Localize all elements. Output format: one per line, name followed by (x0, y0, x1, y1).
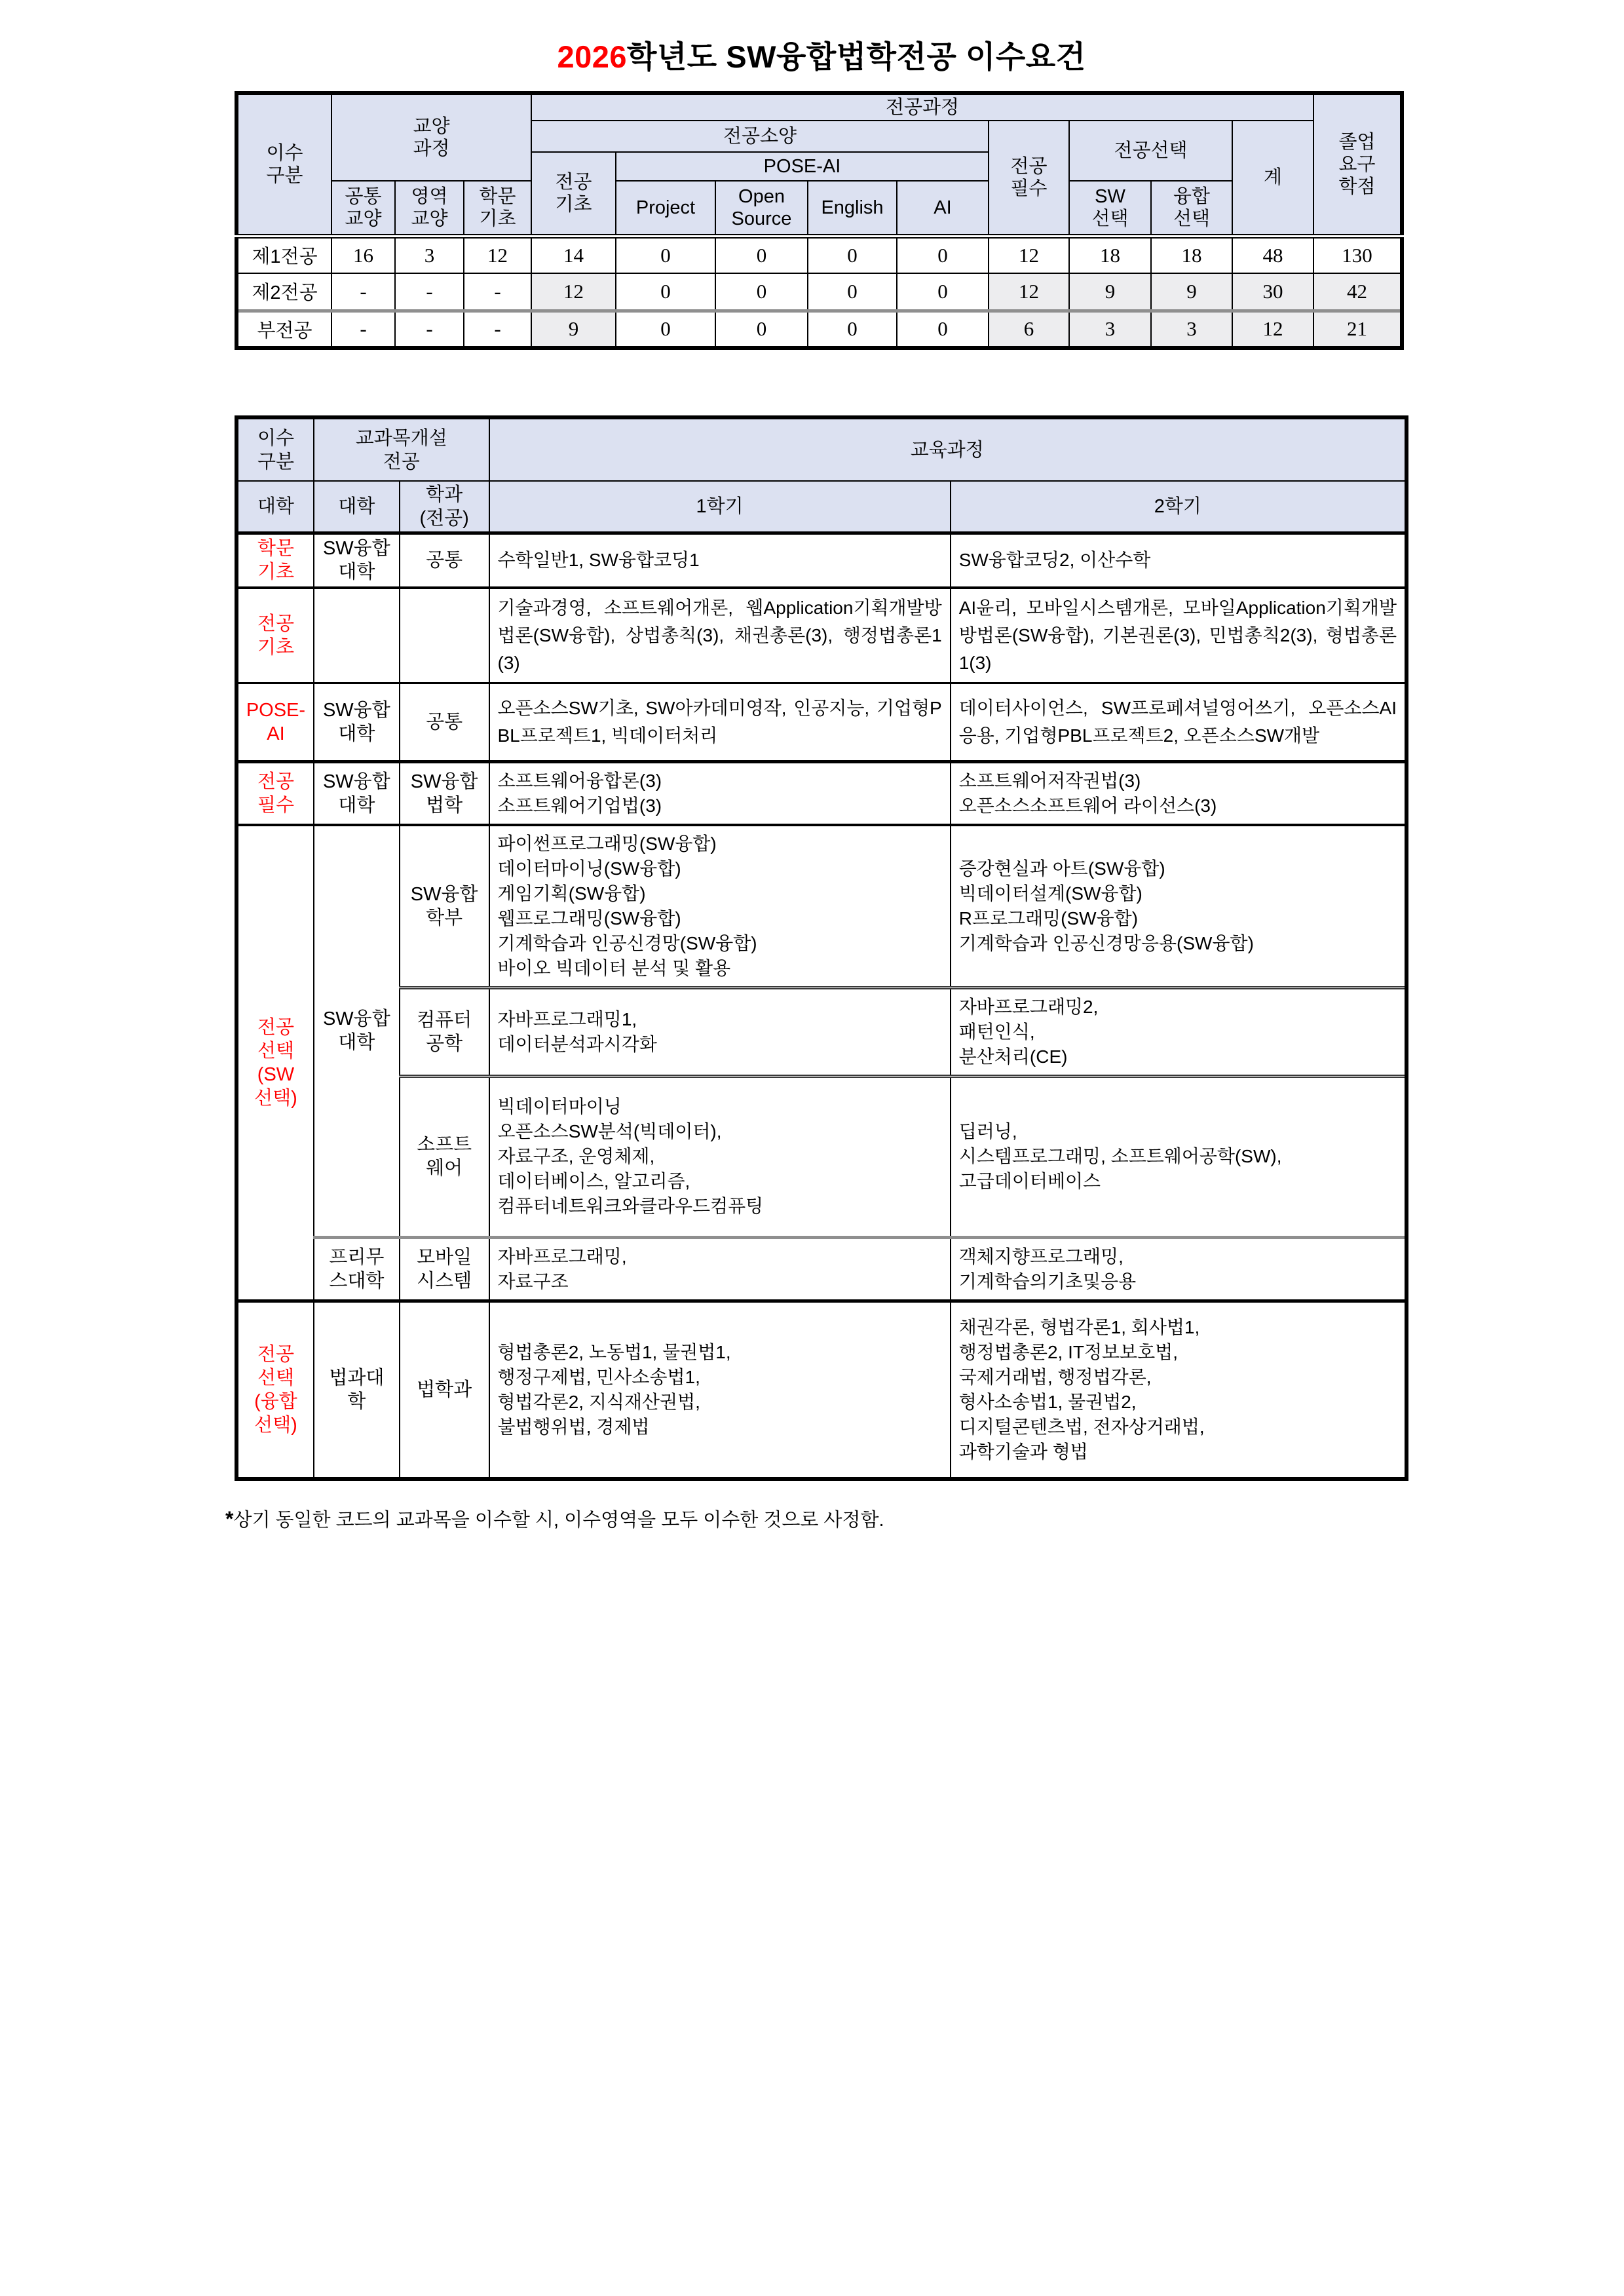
credit-cell: 12 (464, 236, 531, 273)
table-row-first-major: 제1전공 16 3 12 14 0 0 0 0 12 18 18 48 130 (236, 236, 1402, 273)
semester1-courses: 기술과경영, 소프트웨어개론, 웹Application기획개발방법론(SW융합… (489, 588, 951, 683)
t2-header-group: 이수 구분 (236, 417, 314, 481)
table-row-primus: 프리무 스대학 모바일 시스템 자바프로그래밍, 자료구조 객체지향프로그래밍,… (236, 1237, 1407, 1301)
credit-cell: - (464, 273, 531, 311)
table-row: 공통 교양 영역 교양 학문 기초 Project Open Source En… (236, 181, 1402, 236)
semester2-courses: 증강현실과 아트(SW융합) 빅데이터설계(SW융합) R프로그래밍(SW융합)… (951, 825, 1407, 988)
credit-cell: 3 (1151, 311, 1232, 348)
footnote-asterisk: * (225, 1507, 233, 1531)
semester1-courses: 소프트웨어융합론(3) 소프트웨어기업법(3) (489, 761, 951, 825)
t2-header-college: 대학 (314, 481, 400, 533)
dept-cell: 모바일 시스템 (400, 1237, 489, 1301)
table-row-minor: 부전공 - - - 9 0 0 0 0 6 3 3 12 21 (236, 311, 1402, 348)
table-row: 이수 구분 교과목개설 전공 교육과정 (236, 417, 1407, 481)
table-row: 대학 대학 학과 (전공) 1학기 2학기 (236, 481, 1407, 533)
credit-cell: 9 (1069, 273, 1151, 311)
table-row-computer-engineering: 컴퓨터 공학 자바프로그래밍1, 데이터분석과시각화 자바프로그래밍2, 패턴인… (236, 987, 1407, 1076)
college-cell: SW융합 대학 (314, 683, 400, 761)
semester2-courses: 객체지향프로그래밍, 기계학습의기초및응용 (951, 1237, 1407, 1301)
t1-header-sw-select: SW 선택 (1069, 181, 1151, 236)
t2-header-open-major: 교과목개설 전공 (314, 417, 489, 481)
t1-header-group: 이수 구분 (236, 93, 331, 236)
semester2-courses: 소프트웨어저작권법(3) 오픈소스소프트웨어 라이선스(3) (951, 761, 1407, 825)
college-cell: SW융합 대학 (314, 761, 400, 825)
credit-cell: 9 (1151, 273, 1232, 311)
page-title: 2026학년도 SW융합법학전공 이수요건 (235, 33, 1408, 77)
credit-cell: 130 (1313, 236, 1402, 273)
credit-cell: 16 (331, 236, 395, 273)
title-year: 2026 (557, 39, 627, 74)
semester1-courses: 형법총론2, 노동법1, 물권법1, 행정구제법, 민사소송법1, 형법각론2,… (489, 1301, 951, 1479)
t1-header-fusion-select: 융합 선택 (1151, 181, 1232, 236)
t1-row-label: 부전공 (236, 311, 331, 348)
credit-cell: 18 (1151, 236, 1232, 273)
t1-row-label: 제1전공 (236, 236, 331, 273)
semester1-courses: 빅데이터마이닝 오픈소스SW분석(빅데이터), 자료구조, 운영체제, 데이터베… (489, 1076, 951, 1237)
dept-cell: 공통 (400, 683, 489, 761)
credit-cell: 0 (897, 236, 989, 273)
credit-cell: - (331, 311, 395, 348)
t2-row-label: POSE- AI (236, 683, 314, 761)
credit-cell: 3 (1069, 311, 1151, 348)
document-page: 2026학년도 SW융합법학전공 이수요건 이수 구분 교양 과정 전공과정 졸… (235, 0, 1408, 1532)
credit-cell: 0 (897, 311, 989, 348)
credit-cell: 3 (395, 236, 464, 273)
t2-row-label: 학문 기초 (236, 533, 314, 588)
table-row-basic-studies: 학문 기초 SW융합 대학 공통 수학일반1, SW융합코딩1 SW융합코딩2,… (236, 533, 1407, 588)
t1-header-liberal-basic: 학문 기초 (464, 181, 531, 236)
footnote-text: 상기 동일한 코드의 교과목을 이수할 시, 이수영역을 모두 이수한 것으로 … (233, 1510, 884, 1531)
credit-cell: 12 (531, 273, 616, 311)
t1-header-major-course: 전공과정 (531, 93, 1313, 121)
credit-cell: 0 (616, 236, 715, 273)
credit-cell: - (395, 273, 464, 311)
semester1-courses: 오픈소스SW기초, SW아카데미영작, 인공지능, 기업형PBL프로젝트1, 빅… (489, 683, 951, 761)
semester2-courses: AI윤리, 모바일시스템개론, 모바일Application기획개발방법론(SW… (951, 588, 1407, 683)
t2-header-dept: 학과 (전공) (400, 481, 489, 533)
dept-cell (400, 588, 489, 683)
t1-header-liberal-area: 영역 교양 (395, 181, 464, 236)
table-row: 이수 구분 교양 과정 전공과정 졸업 요구 학점 (236, 93, 1402, 121)
dept-cell: 법학과 (400, 1301, 489, 1479)
dept-cell: SW융합 법학 (400, 761, 489, 825)
credit-cell: 0 (808, 236, 897, 273)
semester2-courses: 자바프로그래밍2, 패턴인식, 분산처리(CE) (951, 987, 1407, 1076)
t1-header-total: 계 (1232, 121, 1313, 236)
credit-cell: 14 (531, 236, 616, 273)
t2-header-semester1: 1학기 (489, 481, 951, 533)
college-cell: 법과대 학 (314, 1301, 400, 1479)
t1-header-major-soyang: 전공소양 (531, 121, 989, 152)
credit-cell: 6 (989, 311, 1069, 348)
credit-cell: 0 (715, 236, 808, 273)
dept-cell: SW융합 학부 (400, 825, 489, 988)
t1-header-pose-ai: POSE-AI (616, 152, 989, 181)
credit-cell: 0 (715, 273, 808, 311)
credit-cell: 30 (1232, 273, 1313, 311)
t1-header-major-required: 전공 필수 (989, 121, 1069, 236)
t1-header-ai: AI (897, 181, 989, 236)
credit-cell: 42 (1313, 273, 1402, 311)
dept-cell: 공통 (400, 533, 489, 588)
credit-cell: 0 (715, 311, 808, 348)
footnote: *상기 동일한 코드의 교과목을 이수할 시, 이수영역을 모두 이수한 것으로… (225, 1507, 1408, 1532)
table-row-major-select-fusion: 전공 선택 (융합 선택) 법과대 학 법학과 형법총론2, 노동법1, 물권법… (236, 1301, 1407, 1479)
college-cell: SW융합 대학 (314, 825, 400, 1238)
t1-header-liberal-course: 교양 과정 (331, 93, 531, 181)
t2-header-semester2: 2학기 (951, 481, 1407, 533)
t1-header-project: Project (616, 181, 715, 236)
dept-cell: 소프트 웨어 (400, 1076, 489, 1237)
semester2-courses: SW융합코딩2, 이산수학 (951, 533, 1407, 588)
credit-cell: 48 (1232, 236, 1313, 273)
credit-cell: 9 (531, 311, 616, 348)
credit-cell: 12 (989, 236, 1069, 273)
table-row-software: 소프트 웨어 빅데이터마이닝 오픈소스SW분석(빅데이터), 자료구조, 운영체… (236, 1076, 1407, 1237)
t2-row-label: 전공 기초 (236, 588, 314, 683)
credit-cell: 0 (897, 273, 989, 311)
t2-header-curriculum: 교육과정 (489, 417, 1407, 481)
semester1-courses: 자바프로그래밍, 자료구조 (489, 1237, 951, 1301)
title-text: 학년도 SW융합법학전공 이수요건 (627, 39, 1086, 74)
t2-header-college-label: 대학 (236, 481, 314, 533)
semester2-courses: 데이터사이언스, SW프로페셔널영어쓰기, 오픈소스AI응용, 기업형PBL프로… (951, 683, 1407, 761)
college-cell (314, 588, 400, 683)
credit-cell: 0 (616, 273, 715, 311)
credit-requirements-table: 이수 구분 교양 과정 전공과정 졸업 요구 학점 전공소양 전공 필수 전공선… (235, 91, 1404, 350)
credit-cell: 0 (808, 311, 897, 348)
table-row-second-major: 제2전공 - - - 12 0 0 0 0 12 9 9 30 42 (236, 273, 1402, 311)
semester1-courses: 자바프로그래밍1, 데이터분석과시각화 (489, 987, 951, 1076)
semester1-courses: 수학일반1, SW융합코딩1 (489, 533, 951, 588)
t1-header-open-source: Open Source (715, 181, 808, 236)
semester1-courses: 파이썬프로그래밍(SW융합) 데이터마이닝(SW융합) 게임기획(SW융합) 웹… (489, 825, 951, 988)
t1-header-english: English (808, 181, 897, 236)
table-row-major-required: 전공 필수 SW융합 대학 SW융합 법학 소프트웨어융합론(3) 소프트웨어기… (236, 761, 1407, 825)
t1-header-major-select: 전공선택 (1069, 121, 1232, 181)
college-cell: 프리무 스대학 (314, 1237, 400, 1301)
credit-cell: - (331, 273, 395, 311)
semester2-courses: 채권각론, 형법각론1, 회사법1, 행정법총론2, IT정보보호법, 국제거래… (951, 1301, 1407, 1479)
credit-cell: - (464, 311, 531, 348)
semester2-courses: 딥러닝, 시스템프로그래밍, 소프트웨어공학(SW), 고급데이터베이스 (951, 1076, 1407, 1237)
credit-cell: 21 (1313, 311, 1402, 348)
dept-cell: 컴퓨터 공학 (400, 987, 489, 1076)
curriculum-table: 이수 구분 교과목개설 전공 교육과정 대학 대학 학과 (전공) 1학기 2학… (235, 415, 1408, 1481)
table-row-major-basic: 전공 기초 기술과경영, 소프트웨어개론, 웹Application기획개발방법… (236, 588, 1407, 683)
credit-cell: - (395, 311, 464, 348)
t2-row-label: 전공 필수 (236, 761, 314, 825)
t1-row-label: 제2전공 (236, 273, 331, 311)
t1-header-graduation-credits: 졸업 요구 학점 (1313, 93, 1402, 236)
t2-row-label: 전공 선택 (융합 선택) (236, 1301, 314, 1479)
table-row-major-select-sw: 전공 선택 (SW 선택) SW융합 대학 SW융합 학부 파이썬프로그래밍(S… (236, 825, 1407, 988)
credit-cell: 18 (1069, 236, 1151, 273)
college-cell: SW융합 대학 (314, 533, 400, 588)
t1-header-major-basic: 전공 기초 (531, 152, 616, 236)
credit-cell: 0 (808, 273, 897, 311)
credit-cell: 0 (616, 311, 715, 348)
credit-cell: 12 (989, 273, 1069, 311)
t2-row-label: 전공 선택 (SW 선택) (236, 825, 314, 1301)
credit-cell: 12 (1232, 311, 1313, 348)
t1-header-liberal-common: 공통 교양 (331, 181, 395, 236)
table-row-pose-ai: POSE- AI SW융합 대학 공통 오픈소스SW기초, SW아카데미영작, … (236, 683, 1407, 761)
